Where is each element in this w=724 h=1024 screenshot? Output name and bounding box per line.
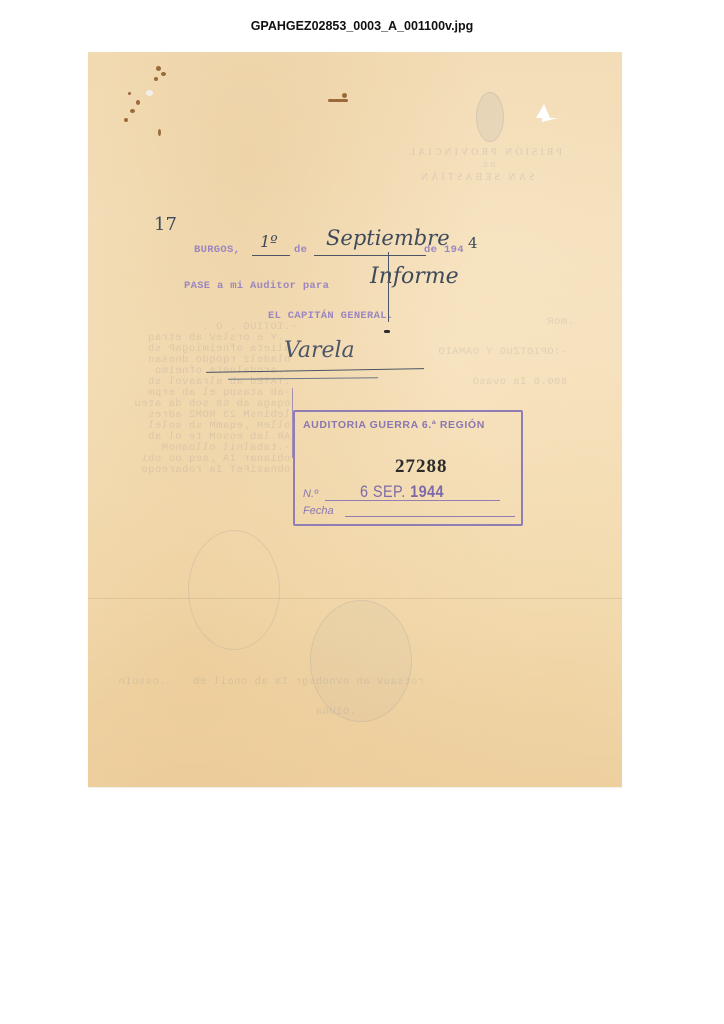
de-label-1: de <box>294 244 307 256</box>
month-underline <box>314 255 426 256</box>
signature-underline-2 <box>228 377 378 380</box>
stamp-date-day-month: 6 SEP. <box>360 482 406 501</box>
bleed-through-letterhead-2: DE <box>480 161 495 169</box>
de-label-2: de <box>424 244 437 256</box>
signature-dot <box>384 330 390 333</box>
pass-instruction: PASE a mi Auditor para <box>184 280 329 292</box>
bleed-through-lower-text: rotsauV ab oVnobsgr Ia ab onoil eb .osso… <box>118 667 424 727</box>
stamp-date: 6 SEP. 1944 <box>360 482 444 502</box>
rust-stain <box>342 93 347 98</box>
bleed-through-letterhead-3: SAN SEBASTIÁN <box>418 172 535 183</box>
pass-purpose-handwritten: Informe <box>370 264 459 289</box>
bleed-through-body-text: -.IOTIUG . O . .Y e orsleV ab etraq alie… <box>100 322 297 476</box>
paper-hole <box>146 90 153 96</box>
signature: Varela <box>284 338 355 363</box>
rust-stain <box>128 92 131 95</box>
bleed-through-seal-left <box>188 530 280 650</box>
bleed-through-right-text: .moR -:OPIOTZUG Y OAMAIO 800.6 Ia ovasO <box>438 307 574 397</box>
rust-stain <box>161 72 166 76</box>
rust-stain <box>156 66 161 71</box>
stamp-registry-number: 27288 <box>395 456 448 478</box>
rust-stain <box>154 77 158 81</box>
year-handwritten-digit: 4 <box>468 234 478 252</box>
margin-annotation: 17 <box>154 214 177 235</box>
stamp-date-line <box>345 516 515 517</box>
stamp-number-label: N.º <box>303 488 318 500</box>
stamp-date-label: Fecha <box>303 505 334 517</box>
day-handwritten: 1º <box>260 232 278 251</box>
stamp-date-year: 1944 <box>410 482 444 501</box>
paper-notch <box>536 104 550 118</box>
rust-stain <box>124 118 128 122</box>
rust-stain <box>130 109 135 113</box>
city-label: BURGOS, <box>194 244 240 256</box>
file-title: GPAHGEZ02853_0003_A_001100v.jpg <box>0 19 724 33</box>
fold-crease <box>88 598 622 599</box>
rust-stain <box>136 100 140 105</box>
signatory-title: EL CAPITÁN GENERAL. <box>268 310 393 322</box>
document-page: PRISIÓN PROVINCIAL DE SAN SEBASTIÁN -.IO… <box>88 52 622 787</box>
bleed-through-letterhead-1: PRISIÓN PROVINCIAL <box>406 147 562 158</box>
paper-notch-cut <box>542 118 558 122</box>
stamp-header: AUDITORIA GUERRA 6.ª REGIÓN <box>303 419 485 431</box>
rust-stain <box>158 129 161 136</box>
year-typed: 194 <box>444 244 464 256</box>
registry-stamp: AUDITORIA GUERRA 6.ª REGIÓN 27288 N.º Fe… <box>293 410 523 526</box>
rust-stain <box>328 99 348 102</box>
day-underline <box>252 255 290 256</box>
bleed-through-emblem <box>476 92 504 142</box>
